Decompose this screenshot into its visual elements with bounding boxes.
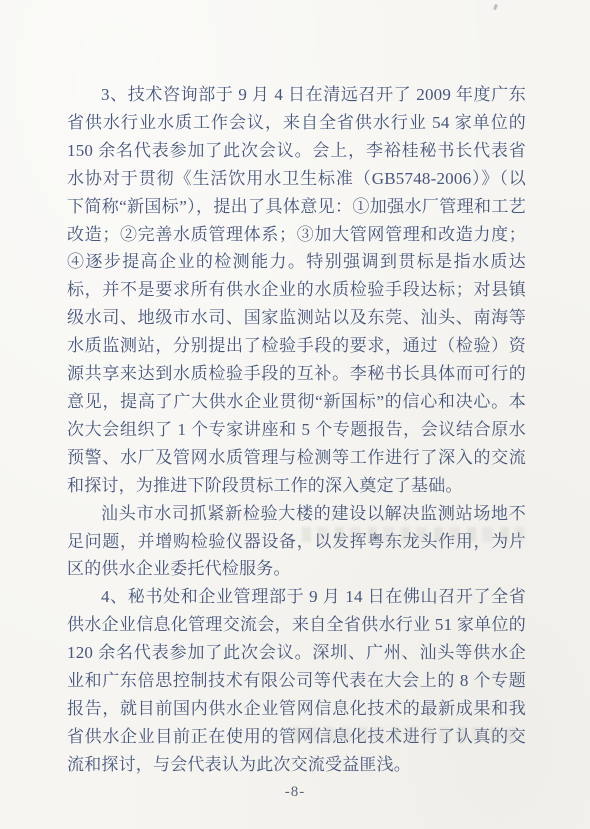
scanned-document-page: 3、技术咨询部于 9 月 4 日在清远召开了 2009 年度广东省供水行业水质工… (0, 0, 590, 829)
scan-speck-artifact (493, 4, 498, 11)
document-body-text: 3、技术咨询部于 9 月 4 日在清远召开了 2009 年度广东省供水行业水质工… (67, 81, 526, 779)
paragraph-water-quality-conference: 3、技术咨询部于 9 月 4 日在清远召开了 2009 年度广东省供水行业水质工… (67, 81, 526, 500)
paragraph-informatization-exchange-meeting: 4、秘书处和企业管理部于 9 月 14 日在佛山召开了全省供水企业信息化管理交流… (67, 583, 526, 778)
page-number: -8- (0, 784, 590, 801)
paragraph-shantou-water-company: 汕头市水司抓紧新检验大楼的建设以解决监测站场地不足问题，并增购检验仪器设备，以发… (67, 500, 526, 584)
